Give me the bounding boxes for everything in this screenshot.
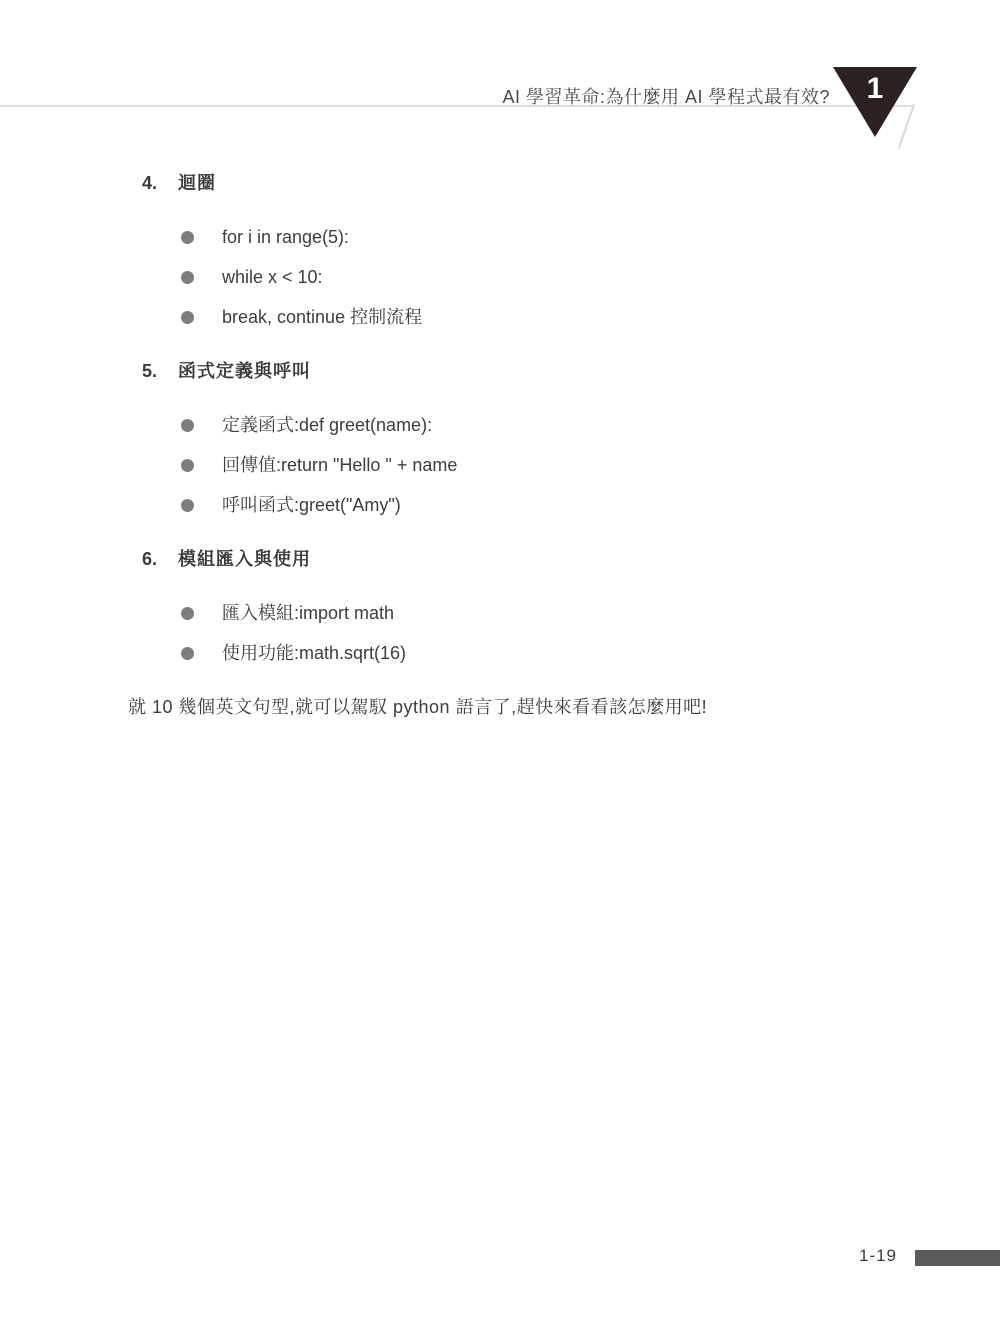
list-item: 使用功能:math.sqrt(16) [181, 641, 1000, 681]
list-item-text: break, continue 控制流程 [222, 305, 422, 329]
section-title: 模組匯入與使用 [178, 547, 311, 571]
bullet-icon [181, 459, 194, 472]
section-title: 函式定義與呼叫 [178, 359, 311, 383]
list-item-text: 匯入模組:import math [222, 601, 394, 625]
page-content: 4. 迴圈 for i in range(5): while x < 10: b… [0, 171, 1000, 719]
section-functions: 5. 函式定義與呼叫 定義函式:def greet(name): 回傳值:ret… [0, 359, 1000, 533]
list-item-text: while x < 10: [222, 265, 323, 289]
list-item: 回傳值:return "Hello " + name [181, 453, 1000, 493]
list-item: 匯入模組:import math [181, 601, 1000, 641]
bullet-icon [181, 231, 194, 244]
bullet-icon [181, 499, 194, 512]
list-item: break, continue 控制流程 [181, 305, 1000, 345]
list-item: 定義函式:def greet(name): [181, 413, 1000, 453]
list-item-text: 使用功能:math.sqrt(16) [222, 641, 406, 665]
list-item-text: 呼叫函式:greet("Amy") [222, 493, 401, 517]
chapter-number: 1 [833, 74, 917, 104]
list-item-text: 回傳值:return "Hello " + name [222, 453, 457, 477]
section-heading: 5. 函式定義與呼叫 [142, 359, 1000, 413]
bullet-icon [181, 607, 194, 620]
section-title: 迴圈 [178, 171, 216, 195]
list-item: 呼叫函式:greet("Amy") [181, 493, 1000, 533]
page-number: 1-19 [859, 1246, 897, 1266]
section-heading: 6. 模組匯入與使用 [142, 547, 1000, 601]
section-number: 4. [142, 171, 178, 195]
header-rule [0, 105, 913, 107]
list-item-text: 定義函式:def greet(name): [222, 413, 432, 437]
bullet-icon [181, 271, 194, 284]
section-modules: 6. 模組匯入與使用 匯入模組:import math 使用功能:math.sq… [0, 547, 1000, 681]
list-item: while x < 10: [181, 265, 1000, 305]
section-number: 5. [142, 359, 178, 383]
list-item: for i in range(5): [181, 225, 1000, 265]
section-loops: 4. 迴圈 for i in range(5): while x < 10: b… [0, 171, 1000, 345]
section-number: 6. [142, 547, 178, 571]
bullet-icon [181, 419, 194, 432]
list-item-text: for i in range(5): [222, 225, 349, 249]
bullet-icon [181, 311, 194, 324]
closing-paragraph: 就 10 幾個英文句型,就可以駕馭 python 語言了,趕快來看看該怎麼用吧! [128, 695, 1000, 719]
bullet-icon [181, 647, 194, 660]
footer-bar-decoration [915, 1250, 1000, 1266]
section-heading: 4. 迴圈 [142, 171, 1000, 225]
